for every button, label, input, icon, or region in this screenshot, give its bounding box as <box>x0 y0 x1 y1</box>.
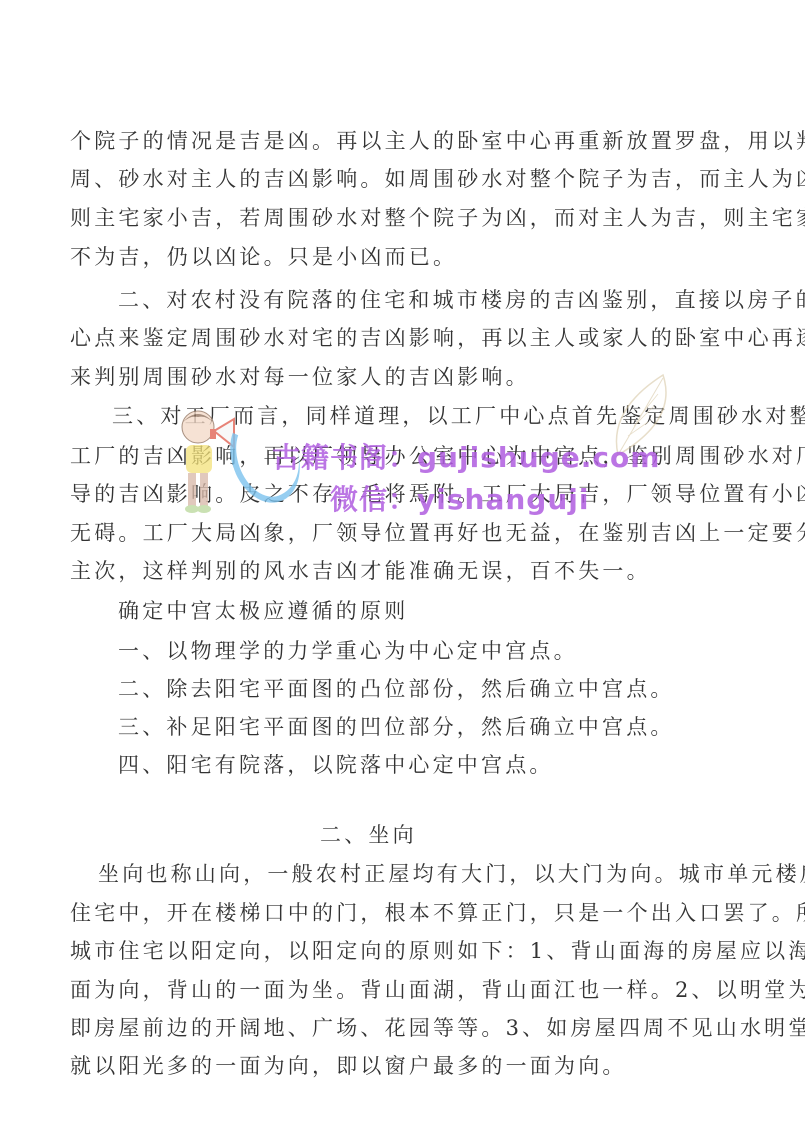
paragraph-3-line-4: 无碍。工厂大局凶象，厂领导位置再好也无益，在鉴别吉凶上一定要分清 <box>70 520 805 546</box>
paragraph-3-line-2: 工厂的吉凶影响，再以厂领导办公室中心为中宫点，鉴别周围砂水对厂领 <box>70 443 805 469</box>
paragraph-4-line-3: 城市住宅以阳定向，以阳定向的原则如下：1、背山面海的房屋应以海的一 <box>70 938 805 964</box>
paragraph-4-line-4: 面为向，背山的一面为坐。背山面湖，背山面江也一样。2、以明堂为向， <box>70 977 805 1003</box>
paragraph-4-line-6: 就以阳光多的一面为向，即以窗户最多的一面为向。 <box>70 1053 627 1079</box>
principle-item-2: 二、除去阳宅平面图的凸位部份，然后确立中宫点。 <box>118 676 675 702</box>
principles-title: 确定中宫太极应遵循的原则 <box>118 598 408 624</box>
section-heading: 二、坐向 <box>320 822 417 848</box>
paragraph-1-line-1: 个院子的情况是吉是凶。再以主人的卧室中心再重新放置罗盘，用以判断 <box>70 128 805 154</box>
paragraph-1-line-4: 不为吉，仍以凶论。只是小凶而已。 <box>70 244 457 270</box>
principle-item-4: 四、阳宅有院落，以院落中心定中宫点。 <box>118 752 554 778</box>
paragraph-4-line-5: 即房屋前边的开阔地、广场、花园等等。3、如房屋四周不见山水明堂，那 <box>70 1015 805 1041</box>
paragraph-1-line-2: 周、砂水对主人的吉凶影响。如周围砂水对整个院子为吉，而主人为凶。 <box>70 166 805 192</box>
paragraph-2-line-3: 来判别周围砂水对每一位家人的吉凶影响。 <box>70 364 530 390</box>
principle-item-1: 一、以物理学的力学重心为中心定中宫点。 <box>118 638 578 664</box>
paragraph-2-line-1: 二、对农村没有院落的住宅和城市楼房的吉凶鉴别，直接以房子的中 <box>118 287 805 313</box>
paragraph-4-line-1: 坐向也称山向，一般农村正屋均有大门，以大门为向。城市单元楼房 <box>98 861 805 887</box>
paragraph-3-line-5: 主次，这样判别的风水吉凶才能准确无误，百不失一。 <box>70 558 651 584</box>
principle-item-3: 三、补足阳宅平面图的凹位部分，然后确立中宫点。 <box>118 714 675 740</box>
paragraph-3-line-3: 导的吉凶影响。皮之不存，毛将焉附。工厂大局吉，厂领导位置有小凶也 <box>70 481 805 507</box>
document-page: 个院子的情况是吉是凶。再以主人的卧室中心再重新放置罗盘，用以判断 周、砂水对主人… <box>0 0 805 1144</box>
paragraph-2-line-2: 心点来鉴定周围砂水对宅的吉凶影响，再以主人或家人的卧室中心再逐一 <box>70 325 805 351</box>
paragraph-1-line-3: 则主宅家小吉，若周围砂水对整个院子为凶，而对主人为吉，则主宅家也 <box>70 205 805 231</box>
paragraph-3-line-1: 三、对工厂而言，同样道理，以工厂中心点首先鉴定周围砂水对整个 <box>112 403 805 429</box>
paragraph-4-line-2: 住宅中，开在楼梯口中的门，根本不算正门，只是一个出入口罢了。所以 <box>70 900 805 926</box>
